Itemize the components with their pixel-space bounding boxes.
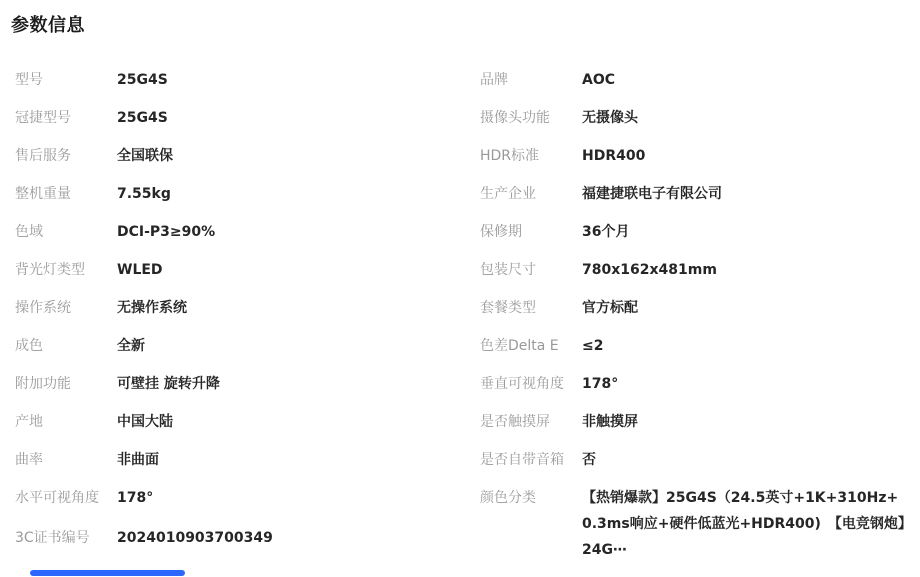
spec-row: 套餐类型 官方标配 <box>480 298 910 318</box>
spec-value: 178° <box>582 374 618 394</box>
spec-value: 否 <box>582 450 596 470</box>
spec-value: 可壁挂 旋转升降 <box>117 374 220 394</box>
spec-row: 色差Delta E ≤2 <box>480 336 910 356</box>
spec-label: 色差Delta E <box>480 336 582 356</box>
spec-value: 7.55kg <box>117 184 171 204</box>
spec-value: 无操作系统 <box>117 298 187 318</box>
spec-row: 是否自带音箱 否 <box>480 450 910 470</box>
spec-label: 冠捷型号 <box>15 108 117 128</box>
spec-label: 套餐类型 <box>480 298 582 318</box>
spec-value: 非触摸屏 <box>582 412 638 432</box>
horizontal-scrollbar-thumb[interactable] <box>30 570 185 576</box>
spec-page: 参数信息 型号 25G4S 冠捷型号 25G4S 售后服务 全国联保 整机重量 … <box>0 0 920 577</box>
spec-row: 型号 25G4S <box>15 70 480 90</box>
spec-row: 品牌 AOC <box>480 70 910 90</box>
spec-label: 水平可视角度 <box>15 488 117 508</box>
spec-value: HDR400 <box>582 146 645 166</box>
spec-value: 官方标配 <box>582 298 638 318</box>
spec-value: 178° <box>117 488 153 508</box>
spec-value: 全国联保 <box>117 146 173 166</box>
spec-label: 颜色分类 <box>480 488 582 508</box>
spec-value-color-variant: 【热销爆款】25G4S（24.5英寸+1K+310Hz+0.3ms响应+硬件低蓝… <box>582 485 910 563</box>
spec-column-right: 品牌 AOC 摄像头功能 无摄像头 HDR标准 HDR400 生产企业 福建捷联… <box>480 70 910 577</box>
spec-row: 操作系统 无操作系统 <box>15 298 480 318</box>
spec-value: 25G4S <box>117 70 168 90</box>
spec-value: 36个月 <box>582 222 629 242</box>
spec-label: 操作系统 <box>15 298 117 318</box>
spec-label: 售后服务 <box>15 146 117 166</box>
spec-row: 水平可视角度 178° <box>15 488 480 508</box>
spec-label: 曲率 <box>15 450 117 470</box>
page-title: 参数信息 <box>11 14 910 38</box>
spec-row: 冠捷型号 25G4S <box>15 108 480 128</box>
spec-label: 成色 <box>15 336 117 356</box>
spec-label: 背光灯类型 <box>15 260 117 280</box>
spec-value: DCI-P3≥90% <box>117 222 215 242</box>
spec-row: 产地 中国大陆 <box>15 412 480 432</box>
spec-label: HDR标准 <box>480 146 582 166</box>
spec-label: 保修期 <box>480 222 582 242</box>
spec-row: 是否触摸屏 非触摸屏 <box>480 412 910 432</box>
spec-label: 整机重量 <box>15 184 117 204</box>
spec-value: 无摄像头 <box>582 108 638 128</box>
spec-row: 包装尺寸 780x162x481mm <box>480 260 910 280</box>
spec-label: 色域 <box>15 222 117 242</box>
spec-value: ≤2 <box>582 336 603 356</box>
spec-row: 垂直可视角度 178° <box>480 374 910 394</box>
spec-label: 是否自带音箱 <box>480 450 582 470</box>
spec-row: 背光灯类型 WLED <box>15 260 480 280</box>
spec-label: 产地 <box>15 412 117 432</box>
spec-column-left: 型号 25G4S 冠捷型号 25G4S 售后服务 全国联保 整机重量 7.55k… <box>15 70 480 566</box>
spec-value: 全新 <box>117 336 145 356</box>
spec-row: 成色 全新 <box>15 336 480 356</box>
spec-row: 色域 DCI-P3≥90% <box>15 222 480 242</box>
spec-value: 非曲面 <box>117 450 159 470</box>
spec-label: 包装尺寸 <box>480 260 582 280</box>
spec-row: 颜色分类 【热销爆款】25G4S（24.5英寸+1K+310Hz+0.3ms响应… <box>480 488 910 563</box>
spec-columns: 型号 25G4S 冠捷型号 25G4S 售后服务 全国联保 整机重量 7.55k… <box>15 70 910 577</box>
spec-value: 2024010903700349 <box>117 528 273 548</box>
spec-label: 品牌 <box>480 70 582 90</box>
spec-row: HDR标准 HDR400 <box>480 146 910 166</box>
spec-value: AOC <box>582 70 615 90</box>
spec-value: 中国大陆 <box>117 412 173 432</box>
spec-row: 摄像头功能 无摄像头 <box>480 108 910 128</box>
spec-row: 售后服务 全国联保 <box>15 146 480 166</box>
spec-value: 福建捷联电子有限公司 <box>582 184 722 204</box>
spec-row: 整机重量 7.55kg <box>15 184 480 204</box>
spec-row: 3C证书编号 2024010903700349 <box>15 528 480 548</box>
spec-label: 型号 <box>15 70 117 90</box>
spec-row: 保修期 36个月 <box>480 222 910 242</box>
spec-label: 摄像头功能 <box>480 108 582 128</box>
spec-label: 附加功能 <box>15 374 117 394</box>
spec-value: 25G4S <box>117 108 168 128</box>
spec-row: 生产企业 福建捷联电子有限公司 <box>480 184 910 204</box>
spec-label: 3C证书编号 <box>15 528 117 548</box>
spec-label: 是否触摸屏 <box>480 412 582 432</box>
spec-row: 曲率 非曲面 <box>15 450 480 470</box>
spec-label: 生产企业 <box>480 184 582 204</box>
spec-value: 780x162x481mm <box>582 260 717 280</box>
spec-row: 附加功能 可壁挂 旋转升降 <box>15 374 480 394</box>
spec-value: WLED <box>117 260 163 280</box>
spec-label: 垂直可视角度 <box>480 374 582 394</box>
